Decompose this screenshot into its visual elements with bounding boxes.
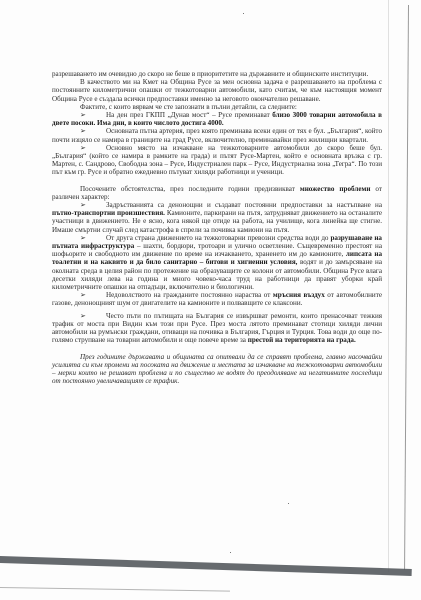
paragraph: разрешаването им очевидно до скоро не бе…: [52, 70, 382, 78]
page-edge-line: [388, 0, 389, 572]
bullet-item: ➢Често пъти по пътищата на България се и…: [52, 312, 382, 345]
arrow-bullet-icon: ➢: [80, 234, 106, 242]
scan-shadow-bar: [0, 556, 412, 576]
bullet-item: ➢Недоволството на гражданите постоянно н…: [52, 291, 382, 307]
bullet-item: ➢Основната пътна артерия, през която пре…: [52, 127, 382, 143]
italic-paragraph: През годините държавата и общината са оп…: [52, 353, 382, 386]
bullet-item: ➢Задръстванията са денонощни и създават …: [52, 201, 382, 234]
paragraph: В качеството ми на Кмет на Община Русе з…: [52, 78, 382, 103]
paragraph: Фактите, с които вярвам че сте запознати…: [52, 103, 382, 111]
arrow-bullet-icon: ➢: [80, 312, 106, 320]
bullet-item: ➢От друга страна движението на тежкотова…: [52, 234, 382, 291]
bullet-item: ➢Основно място на изчакване на тежкотова…: [52, 144, 382, 177]
arrow-bullet-icon: ➢: [80, 144, 106, 152]
arrow-bullet-icon: ➢: [80, 291, 106, 299]
bullet-item: ➢На ден през ГКПП „Дунав мост“ – Русе пр…: [52, 111, 382, 127]
scan-speck: [288, 503, 289, 504]
arrow-bullet-icon: ➢: [80, 111, 106, 119]
arrow-bullet-icon: ➢: [80, 201, 106, 209]
scan-edge-line: [0, 587, 230, 592]
arrow-bullet-icon: ➢: [80, 127, 106, 135]
scan-speck: [230, 552, 231, 553]
scanned-page: разрешаването им очевидно до скоро не бе…: [0, 0, 421, 600]
document-body: разрешаването им очевидно до скоро не бе…: [52, 70, 382, 385]
paragraph: Посочените обстоятелства, през последнит…: [52, 185, 382, 201]
scan-speck: [243, 13, 244, 14]
page-edge-line: [404, 5, 409, 570]
